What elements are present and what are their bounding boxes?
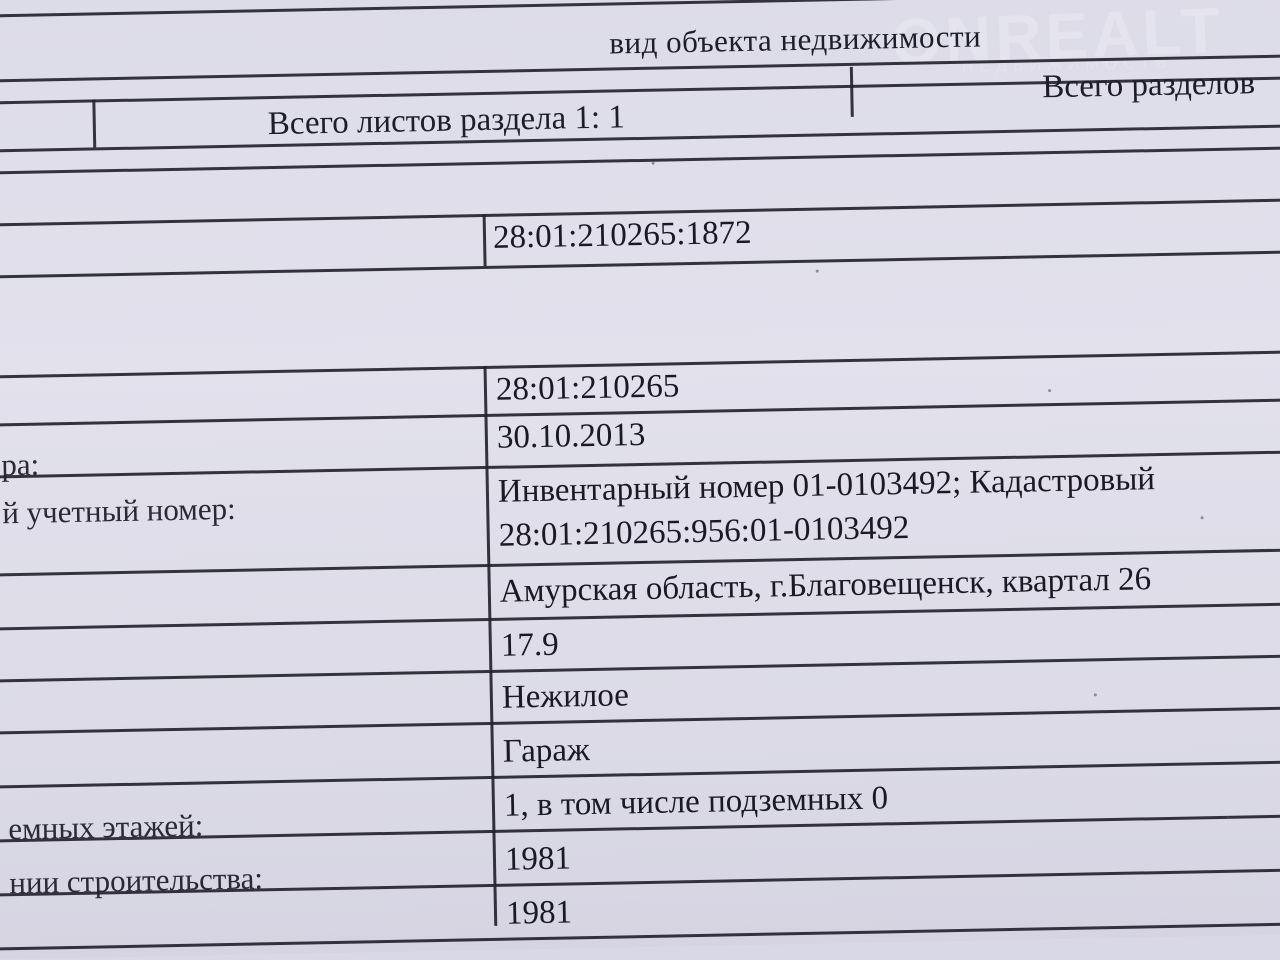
paper-speck [1201,516,1204,519]
cadastral-number: 28:01:210265:1872 [493,217,752,255]
commissioning-year-value: 1981 [506,896,573,910]
object-type-caption: вид объекта недвижимости [609,20,981,58]
floors-value: 1, в том числе подземных 0 [504,782,889,822]
rule-line [0,145,1280,175]
previous-number-value-line2: 28:01:210265:956:01-0103492 [498,512,909,553]
area-value: 17.9 [501,629,559,663]
purpose-value: Нежилое [502,679,630,714]
previous-number-value-line1: Инвентарный номер 01-0103492; Кадастровы… [498,463,1156,509]
address-value: Амурская область, г.Благовещенск, кварта… [500,563,1152,608]
table-column-divider [484,366,498,910]
paper-speck [652,162,655,165]
name-value: Гараж [503,734,590,769]
assignment-date-value: 30.10.2013 [497,419,646,455]
paper-speck [1226,816,1229,819]
cell-divider [483,214,487,266]
sections-total-label: Всего разделов [1042,67,1255,104]
paper-speck [1048,389,1051,392]
rule-line [0,653,1280,683]
paper-speck [816,270,819,273]
sheets-in-section: Всего листов раздела 1: 1 [268,101,626,141]
rule-line [0,123,1280,153]
rule-line [0,249,1280,279]
cell-divider [92,99,96,147]
construction-year-value: 1981 [505,842,572,876]
rule-line [0,705,1280,735]
previous-number-label: й учетный номер: [2,493,236,528]
document-photo: ONREALT НЕДВИЖИМОСТЬ Здание вид объекта … [0,0,1280,910]
cell-divider [850,67,854,117]
cadastral-quarter-value: 28:01:210265 [496,370,680,407]
paper-speck [1094,693,1097,696]
